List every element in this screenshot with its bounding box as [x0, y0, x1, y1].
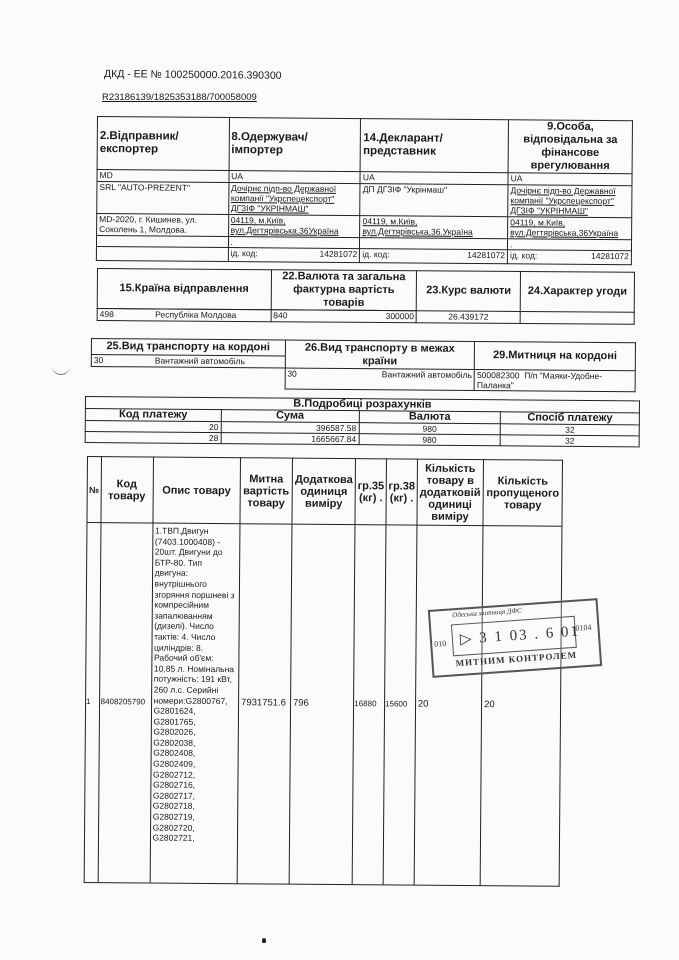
dispatch-country-code: 498	[97, 309, 121, 321]
payments-table: В.Подробиці розрахунків Код платежу Сума…	[85, 396, 640, 447]
customs-code: 500082300	[477, 370, 520, 380]
inland-transport-name: Вантажний автомобіль	[309, 368, 475, 390]
col-gr35: гр.35 (кг) .	[355, 459, 386, 525]
payment-method: 32	[500, 435, 639, 447]
col-code: Код товару	[101, 457, 154, 523]
declarant-id-label: ід. код:	[362, 249, 389, 259]
page-mark	[262, 938, 266, 943]
declaration-number: ДКД - EE № 100250000.2016.390300	[104, 68, 282, 82]
sender-country: MD	[97, 170, 229, 183]
border-transport-header: 25.Вид транспорту на кордоні	[91, 339, 285, 357]
sender-id	[96, 246, 228, 261]
recipient-country: UA	[229, 171, 361, 184]
col-gr38: гр.38 (кг) .	[386, 459, 417, 525]
recipient-id-label: ід. код:	[230, 248, 257, 258]
payment-currency-header: Валюта	[359, 411, 501, 424]
col-no: №	[87, 457, 101, 523]
transport-table: 25.Вид транспорту на кордоні 26.Вид тран…	[91, 338, 636, 392]
reference-number: R23186139/1825353188/700058009	[102, 92, 257, 103]
customs-stamp: Одеська митниця ДФС 010 0104 ▷ 3 1 03 . …	[428, 598, 602, 678]
recipient-header: 8.Одержувач/імпортер	[229, 118, 361, 172]
col-description: Опис товару	[153, 457, 241, 524]
item-customs-value: 7931751.6	[237, 524, 292, 884]
deal-nature	[520, 311, 634, 324]
sender-name: SRL "AUTO-PREZENT"	[97, 182, 229, 215]
financial-person-header: 9.Особа, відповідальна за фінансове врег…	[508, 120, 632, 174]
exchange-rate-header: 23.Курс валюти	[417, 271, 521, 312]
financial-person-id: ід. код:14281072	[507, 250, 631, 265]
col-qty-unit: Кількість товару в додатковій одиниці ви…	[417, 459, 484, 526]
sender-address: MD-2020, г. Кишинев, ул. Соколень 1, Мол…	[97, 214, 229, 237]
dispatch-country-header: 15.Країна відправлення	[97, 269, 271, 310]
col-unit: Додаткова одиниця виміру	[292, 458, 356, 524]
recipient-id-code: 14281072	[319, 249, 357, 259]
financial-person-id-code: 14281072	[591, 251, 629, 261]
payment-sum-header: Сума	[221, 410, 359, 423]
col-qty-passed: Кількість пропущеного товару	[483, 460, 562, 527]
declarant-name: ДП ДГЗІФ "Укрінмаш"	[360, 184, 508, 217]
border-transport-code: 30	[91, 355, 115, 367]
item-qty-passed: 20	[480, 526, 562, 887]
item-qty-unit: 20	[414, 525, 483, 886]
declarant-header: 14.Декларант/представник	[360, 119, 508, 173]
col-customs-value: Митна вартість товару	[240, 458, 292, 524]
pen-mark	[52, 366, 70, 375]
recipient-address: 04119, м.Київ, вул.Дегтярівська,36Україн…	[228, 215, 360, 238]
currency-code: 840	[271, 310, 371, 323]
declarant-id-code: 14281072	[467, 250, 505, 260]
financial-person-address: 04119, м.Київ, вул.Дегтярівська,36Україн…	[508, 217, 632, 240]
stamp-top-text: Одеська митниця ДФС	[452, 606, 522, 619]
item-gr38: 15600	[383, 525, 417, 885]
route-table: 15.Країна відправлення 22.Валюта та зага…	[97, 268, 635, 325]
border-customs-header: 29.Митниця на кордоні	[475, 342, 636, 371]
table-row: 1 8408205790 1.ТВП.Двигун (7403.1000408)…	[84, 523, 562, 887]
financial-person-country: UA	[508, 173, 632, 186]
inland-transport-header: 26.Вид транспорту в межах країни	[285, 340, 475, 369]
parties-table: 2.Відправник/експортер 8.Одержувач/імпор…	[96, 116, 633, 265]
declarant-id: ід. код:14281072	[360, 249, 508, 264]
item-description: 1.ТВП.Двигун (7403.1000408) - 20шт. Двиг…	[150, 523, 240, 884]
payment-code: 28	[85, 432, 221, 444]
recipient-id: ід. код:14281072	[228, 248, 360, 263]
financial-person-name: Дочірнє підп-во Державної компанії "Укрс…	[508, 185, 632, 218]
payment-sum: 1665667.84	[221, 433, 359, 445]
recipient-name: Дочірнє підп-во Державної компанії "Укрс…	[228, 183, 360, 216]
declarant-address: 04119, м.Київ, вул.Дегтярівська,36.Украї…	[360, 216, 508, 239]
dispatch-country-name: Республіка Молдова	[121, 309, 271, 322]
item-code: 8408205790	[98, 523, 153, 883]
invoice-total: 300000	[371, 310, 417, 322]
item-gr35: 16880	[352, 525, 386, 885]
item-unit: 796	[289, 524, 355, 884]
payment-currency: 980	[359, 434, 501, 446]
sender-header: 2.Відправник/експортер	[97, 117, 229, 171]
stamp-left-number: 010	[434, 639, 447, 649]
border-customs: 500082300 П/п "Маяки-Удобне-Паланка"	[474, 370, 635, 392]
currency-total-header: 22.Валюта та загальна фактурна вартість …	[271, 270, 417, 311]
financial-person-id-label: ід. код:	[510, 250, 537, 260]
inland-transport-code: 30	[285, 368, 309, 389]
payment-code-header: Код платежу	[85, 409, 221, 422]
deal-nature-header: 24.Характер угоди	[520, 271, 634, 312]
exchange-rate: 26.439172	[416, 311, 520, 324]
payment-method-header: Спосіб платежу	[501, 412, 640, 425]
